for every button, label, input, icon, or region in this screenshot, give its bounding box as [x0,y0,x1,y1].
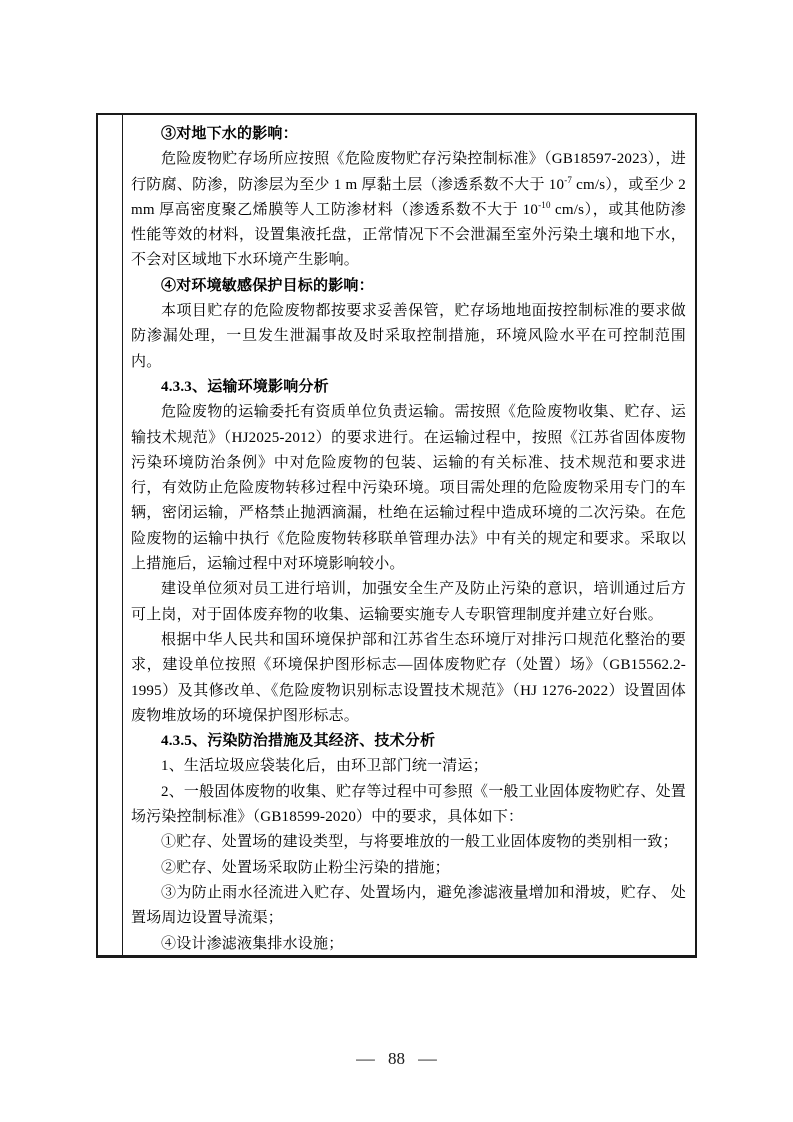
paragraph-transport-analysis: 危险废物的运输委托有资质单位负责运输。需按照《危险废物收集、贮存、运输技术规范》… [131,400,686,577]
table-content-cell: ③对地下水的影响： 危险废物贮存场所应按照《危险废物贮存污染控制标准》（GB18… [123,115,695,955]
heading-sensitive-targets-impact: ④对环境敏感保护目标的影响： [131,274,686,299]
list-item-2-general-solid-waste: 2、一般固体废物的收集、贮存等过程中可参照《一般工业固体废物贮存、处置场污染控制… [131,780,686,831]
page-footer: —88— [0,1049,793,1069]
paragraph-groundwater-body: 危险废物贮存场所应按照《危险废物贮存污染控制标准》（GB18597-2023），… [131,147,686,273]
superscript: -10 [538,200,551,210]
footer-right-dash: — [418,1049,437,1069]
heading-section-4-3-5: 4.3.5、污染防治措施及其经济、技术分析 [131,729,686,754]
heading-section-4-3-3: 4.3.3、运输环境影响分析 [131,375,686,400]
superscript: -7 [564,175,572,185]
paragraph-staff-training: 建设单位须对员工进行培训，加强安全生产及防止污染的意识，培训通过后方可上岗，对于… [131,577,686,628]
sub-item-2-dust-prevention: ②贮存、处置场采取防止粉尘污染的措施； [131,856,686,881]
footer-left-dash: — [356,1049,375,1069]
document-page: ③对地下水的影响： 危险废物贮存场所应按照《危险废物贮存污染控制标准》（GB18… [0,0,793,1122]
sub-item-4-leachate-drainage: ④设计渗滤液集排水设施； [131,932,686,956]
paragraph-signage-requirements: 根据中华人民共和国环境保护部和江苏省生态环境厅对排污口规范化整治的要求，建设单位… [131,628,686,729]
sub-item-3-rainwater-diversion: ③为防止雨水径流进入贮存、处置场内，避免渗滤液量增加和滑坡，贮存、 处置场周边设… [131,881,686,932]
sub-item-1-storage-type: ①贮存、处置场的建设类型，与将要堆放的一般工业固体废物的类别相一致； [131,830,686,855]
list-item-1-domestic-waste: 1、生活垃圾应袋装化后，由环卫部门统一清运； [131,754,686,779]
table-left-gutter [98,115,123,955]
content-table: ③对地下水的影响： 危险废物贮存场所应按照《危险废物贮存污染控制标准》（GB18… [96,113,697,958]
heading-groundwater-impact: ③对地下水的影响： [131,122,686,147]
page-number: 88 [388,1049,405,1068]
paragraph-sensitive-targets-body: 本项目贮存的危险废物都按要求妥善保管，贮存场地地面按控制标准的要求做防渗漏处理，… [131,299,686,375]
